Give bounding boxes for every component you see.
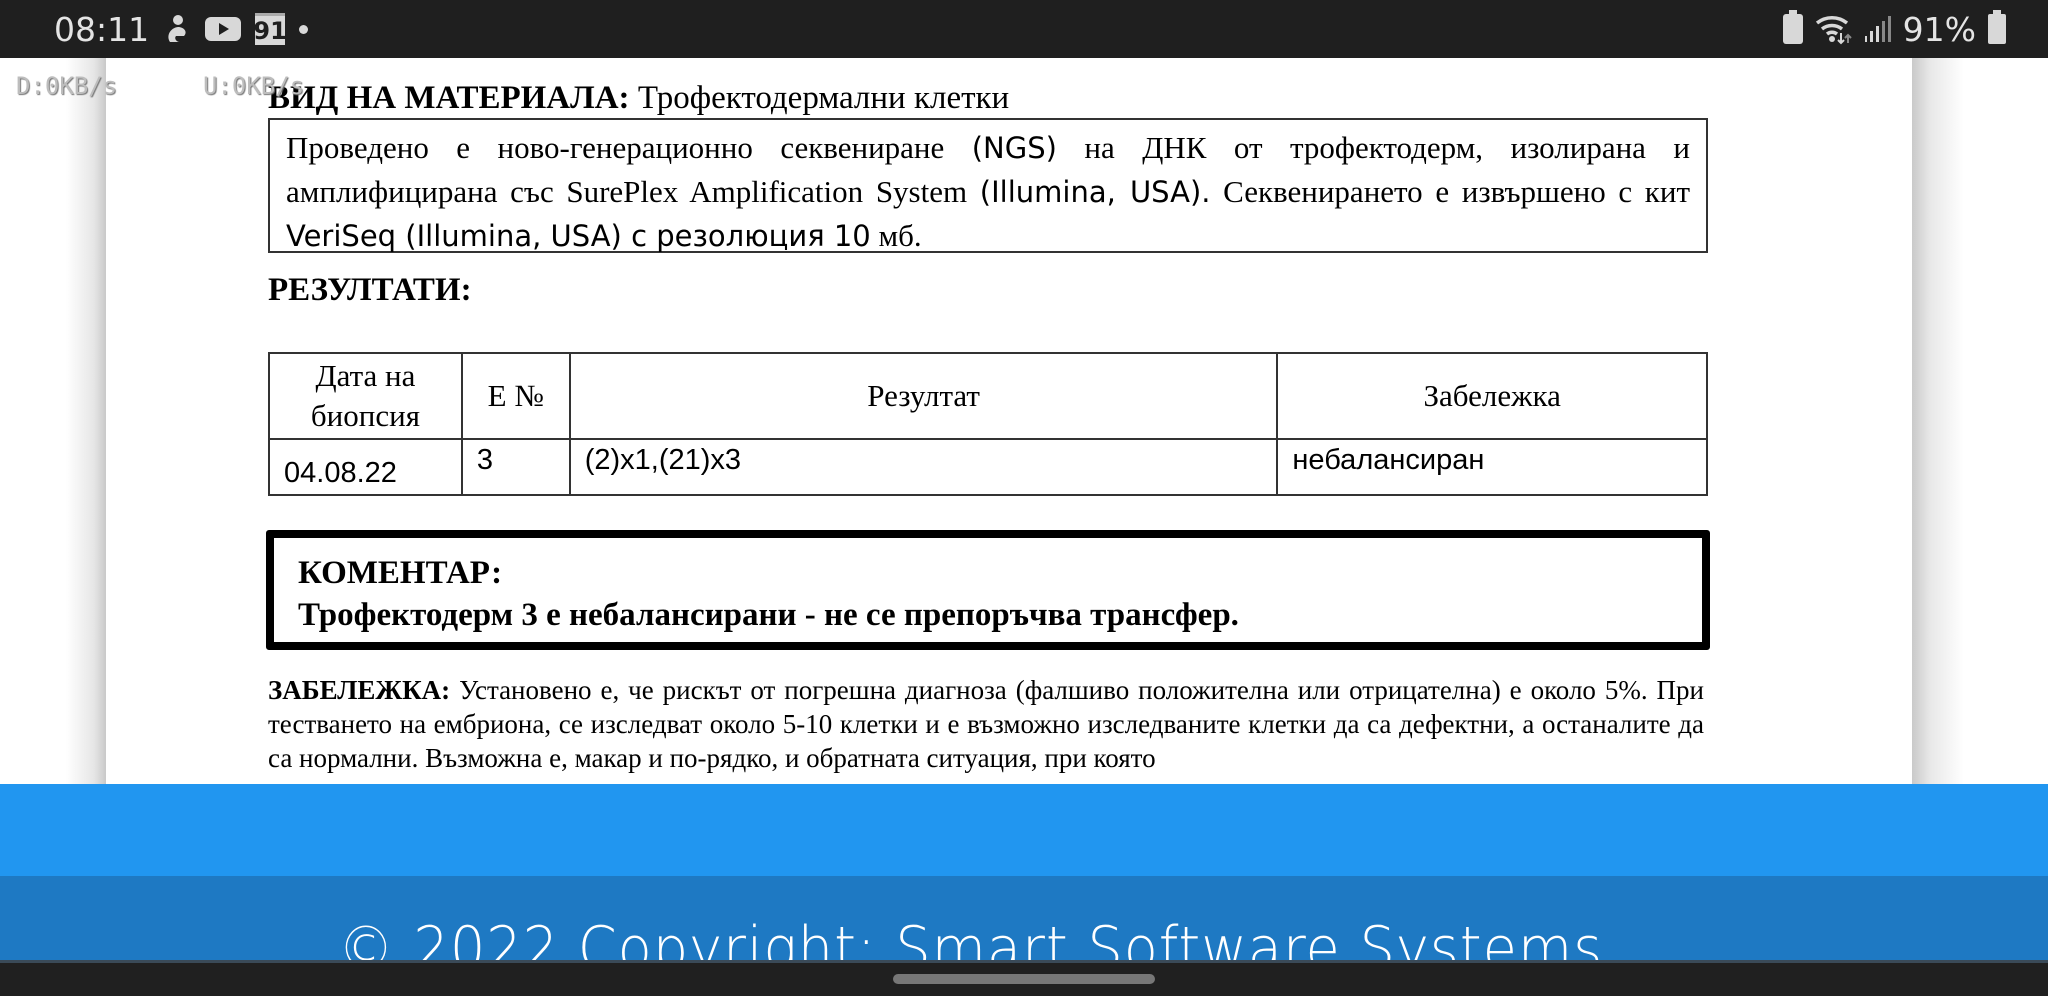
status-bar: 08:11 91 91%: [0, 0, 2048, 58]
signal-icon: [1865, 16, 1891, 42]
results-table: Дата на биопсия Е № Резултат Забележка 0…: [268, 352, 1708, 496]
navigation-bar: [0, 960, 2048, 996]
battery-saver-icon: [1783, 14, 1803, 44]
note-text: Установено е, че рискът от погрешна диаг…: [268, 675, 1704, 773]
calendar-icon: 91: [255, 13, 285, 45]
copyright-text: © 2022 Copyright: Smart Software Systems: [338, 914, 1603, 960]
document-page: ВИД НА МАТЕРИАЛА: Трофектодермални клетк…: [106, 58, 1912, 784]
youtube-icon: [205, 17, 241, 41]
method-veriseq: VeriSeq (Illumina, USA) с резолюция 10: [286, 219, 871, 253]
material-value: Трофектодермални клетки: [638, 80, 1009, 116]
comment-text: Трофектодерм 3 е небалансирани - не се п…: [298, 594, 1678, 636]
method-description: Проведено е ново-генерационно секвениран…: [268, 118, 1708, 253]
blue-band: [0, 784, 2048, 876]
wifi-icon: [1815, 13, 1853, 45]
cell-note: небалансиран: [1277, 439, 1707, 495]
status-time: 08:11: [54, 10, 149, 49]
upload-speed: U:0KB/s: [203, 72, 304, 100]
note-label: ЗАБЕЛЕЖКА:: [268, 675, 450, 705]
comment-title: КОМЕНТАР:: [298, 552, 1678, 594]
header-embryo-number: Е №: [462, 353, 570, 439]
table-header-row: Дата на биопсия Е № Резултат Забележка: [269, 353, 1707, 439]
material-label: ВИД НА МАТЕРИАЛА:: [268, 80, 630, 116]
material-type: ВИД НА МАТЕРИАЛА: Трофектодермални клетк…: [268, 80, 1009, 117]
disclaimer-note: ЗАБЕЛЕЖКА: Установено е, че рискът от по…: [268, 673, 1704, 775]
header-result: Резултат: [570, 353, 1278, 439]
method-ngs: (NGS): [972, 131, 1057, 165]
battery-icon: [1988, 14, 2006, 44]
notification-dot-icon: [299, 25, 308, 34]
cell-date: 04.08.22: [269, 439, 462, 495]
method-illumina: (Illumina, USA).: [980, 175, 1211, 209]
cell-result: (2)x1,(21)x3: [570, 439, 1278, 495]
comment-box: КОМЕНТАР: Трофектодерм 3 е небалансирани…: [266, 530, 1710, 650]
method-text-1: Проведено е ново-генерационно секвениран…: [286, 130, 972, 165]
table-row: 04.08.22 3 (2)x1,(21)x3 небалансиран: [269, 439, 1707, 495]
header-note: Забележка: [1277, 353, 1707, 439]
header-biopsy-date: Дата на биопсия: [269, 353, 462, 439]
site-footer: © 2022 Copyright: Smart Software Systems: [0, 876, 2048, 960]
download-speed: D:0KB/s: [16, 72, 117, 100]
status-right: 91%: [1783, 0, 2006, 58]
page-shadow-left: [66, 58, 106, 784]
home-gesture-handle[interactable]: [893, 974, 1155, 984]
document-viewer[interactable]: ВИД НА МАТЕРИАЛА: Трофектодермални клетк…: [0, 58, 2048, 784]
results-title: РЕЗУЛТАТИ:: [268, 272, 472, 309]
battery-percent: 91%: [1903, 10, 1976, 49]
cell-embryo-number: 3: [462, 439, 570, 495]
bixby-icon: [163, 14, 191, 44]
phone-screen: 08:11 91 91%: [0, 0, 2048, 996]
method-text-3: Секвенирането е извършено с кит: [1211, 174, 1691, 209]
status-left: 08:11 91: [54, 0, 308, 58]
page-shadow-right: [1912, 58, 1964, 784]
method-text-4: мб.: [871, 218, 922, 253]
